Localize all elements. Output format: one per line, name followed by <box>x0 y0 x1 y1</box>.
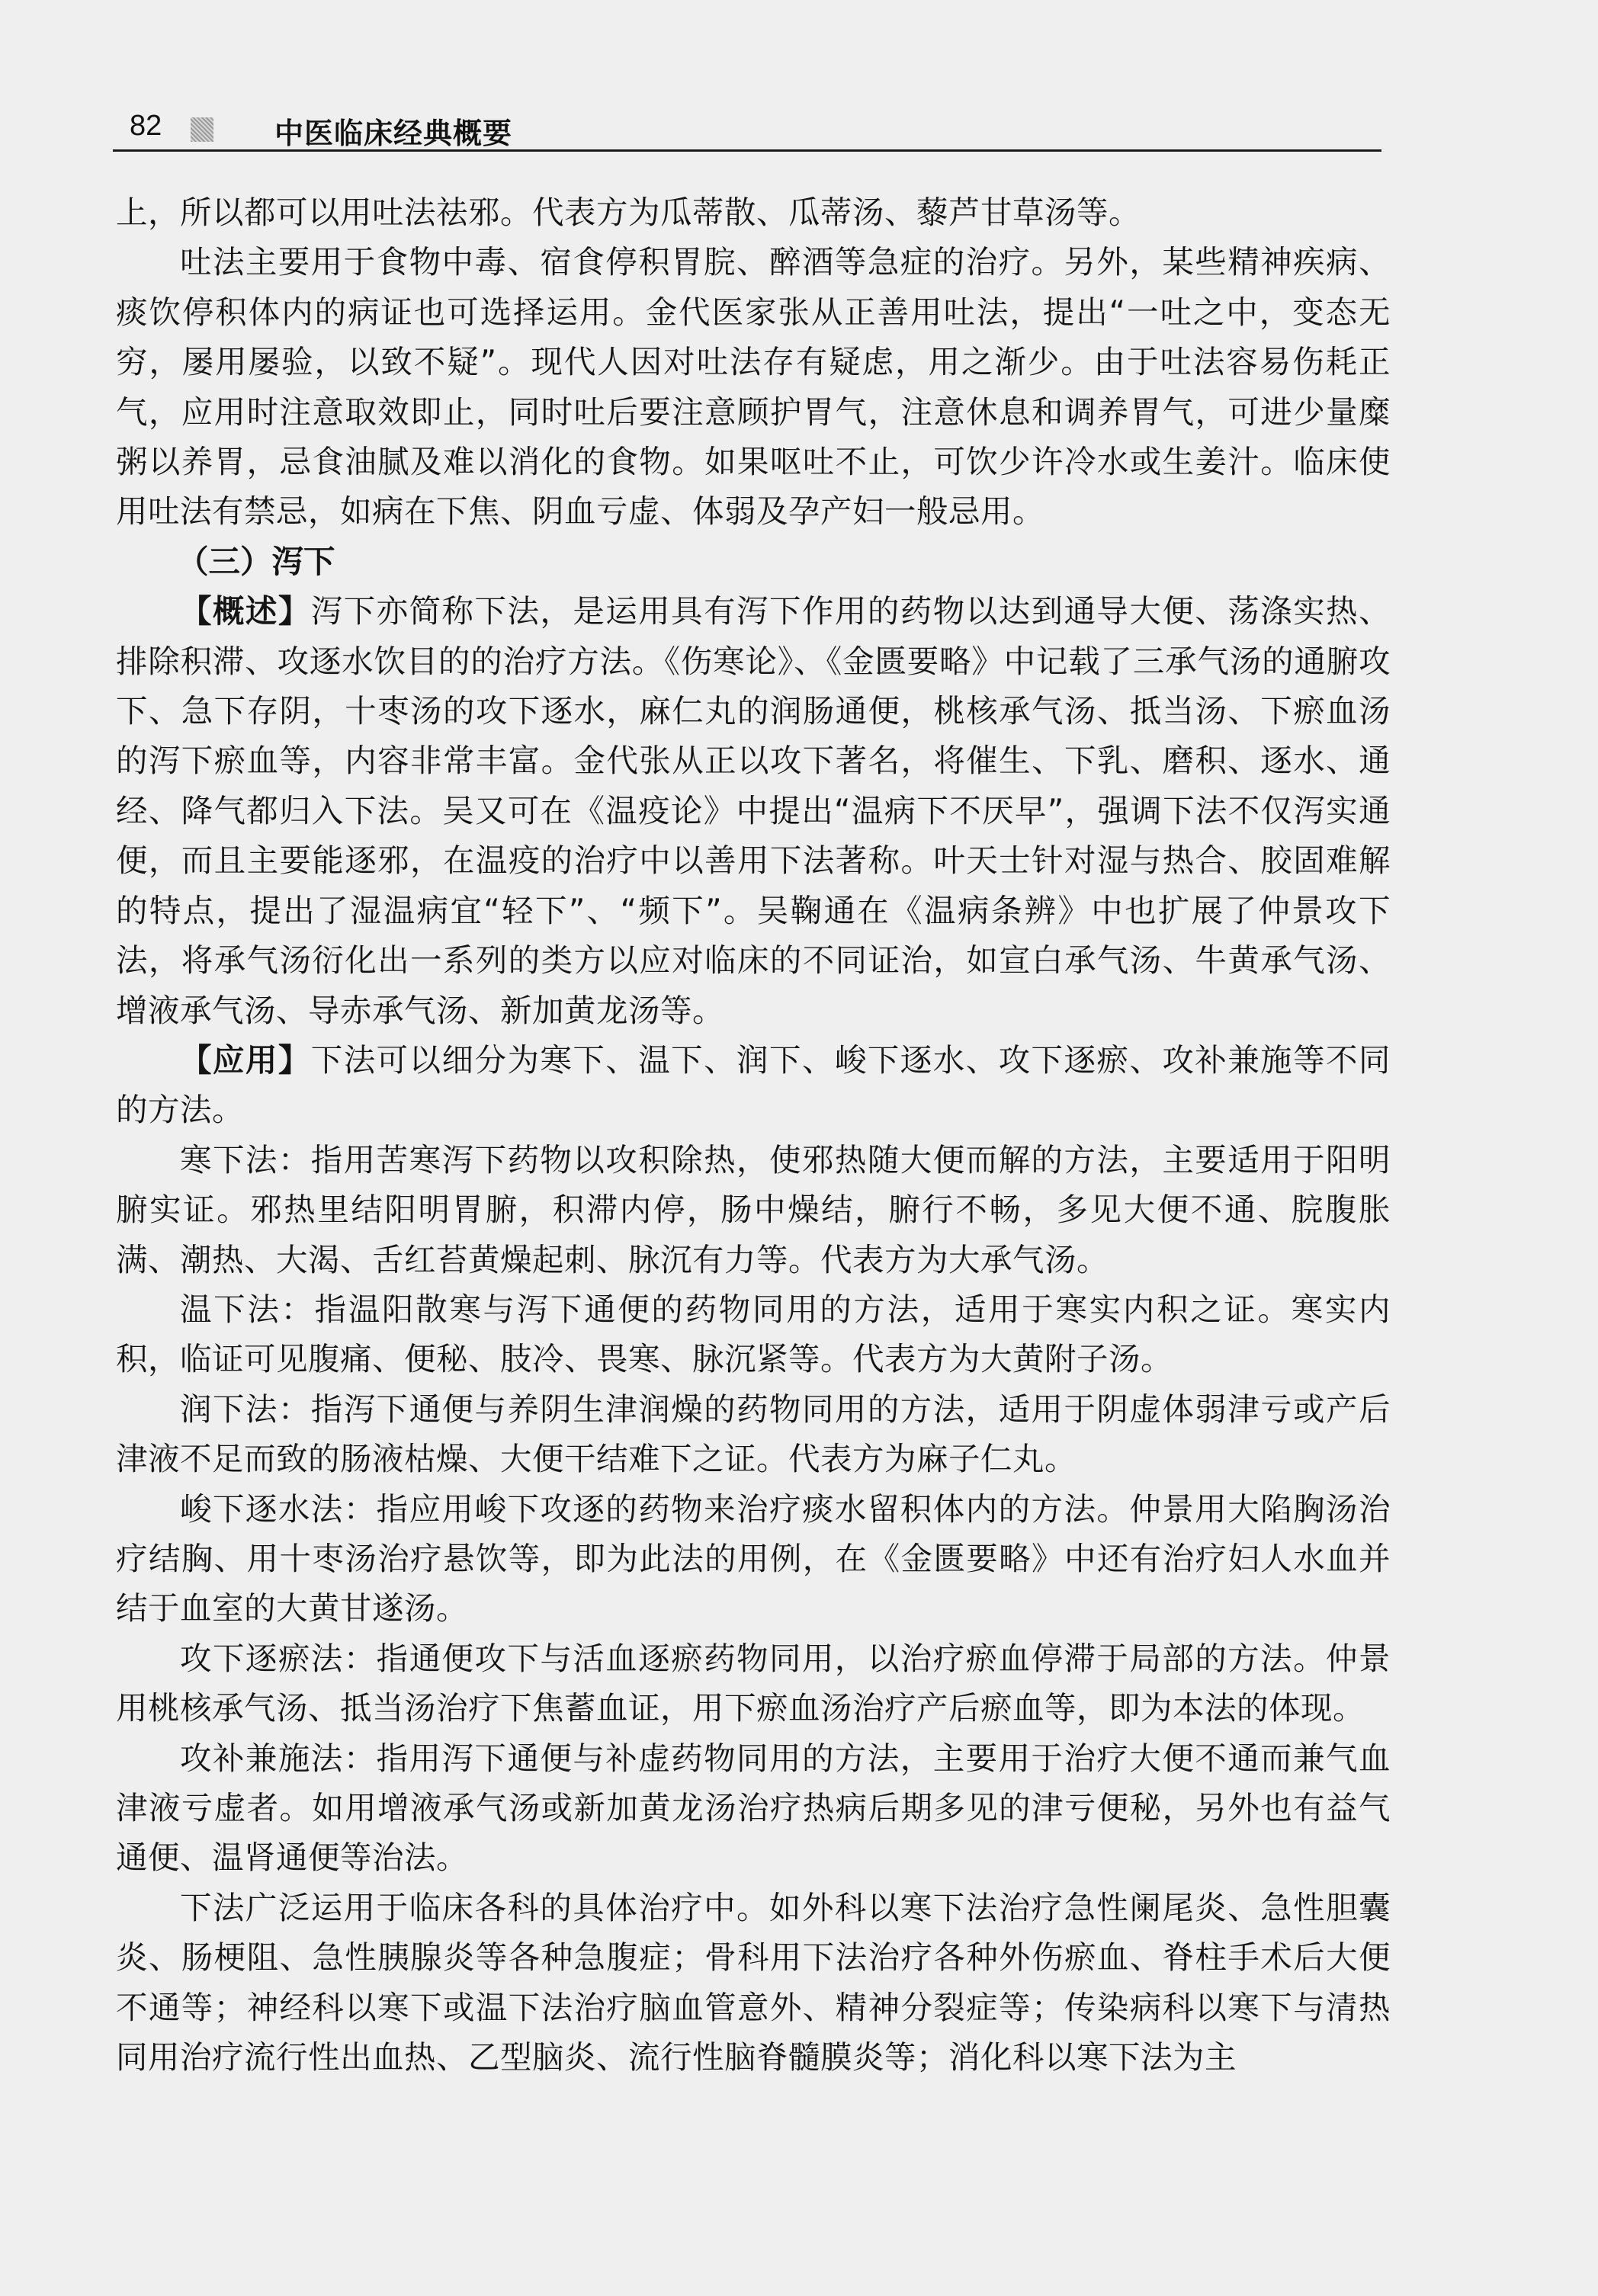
paragraph-warm-purgation: 温下法：指温阳散寒与泻下通便的药物同用的方法，适用于寒实内积之证。寒实内积，临证… <box>116 1284 1391 1384</box>
overview-text: 泻下亦简称下法，是运用具有泻下作用的药物以达到通导大便、荡涤实热、排除积滞、攻逐… <box>116 592 1391 1028</box>
overview-label: 【概述】 <box>180 592 311 630</box>
page-header: 82 中医临床经典概要 <box>113 107 1381 152</box>
paragraph-drastic-water-expulsion: 峻下逐水法：指应用峻下攻逐的药物来治疗痰水留积体内的方法。仲景用大陷胸汤治疗结胸… <box>116 1484 1391 1634</box>
paragraph-continuation: 上，所以都可以用吐法祛邪。代表方为瓜蒂散、瓜蒂汤、藜芦甘草汤等。 <box>116 188 1391 237</box>
page-number: 82 <box>130 110 162 143</box>
book-title: 中医临床经典概要 <box>274 110 512 152</box>
paragraph-attack-tonify: 攻补兼施法：指用泻下通便与补虚药物同用的方法，主要用于治疗大便不通而兼气血津液亏… <box>116 1733 1391 1883</box>
header-marker-icon <box>191 117 213 142</box>
paragraph-cold-purgation: 寒下法：指用苦寒泻下药物以攻积除热，使邪热随大便而解的方法，主要适用于阳明腑实证… <box>116 1135 1391 1284</box>
paragraph-clinical-applications: 下法广泛运用于临床各科的具体治疗中。如外科以寒下法治疗急性阑尾炎、急性胆囊炎、肠… <box>116 1883 1391 2083</box>
section-heading: （三）泻下 <box>116 537 1391 586</box>
paragraph-overview: 【概述】泻下亦简称下法，是运用具有泻下作用的药物以达到通导大便、荡涤实热、排除积… <box>116 586 1391 1035</box>
paragraph-stasis-expulsion: 攻下逐瘀法：指通便攻下与活血逐瘀药物同用，以治疗瘀血停滞于局部的方法。仲景用桃核… <box>116 1634 1391 1733</box>
paragraph-moist-purgation: 润下法：指泻下通便与养阴生津润燥的药物同用的方法，适用于阴虚体弱津亏或产后津液不… <box>116 1384 1391 1484</box>
application-label: 【应用】 <box>180 1041 311 1079</box>
paragraph-application: 【应用】下法可以细分为寒下、温下、润下、峻下逐水、攻下逐瘀、攻补兼施等不同的方法… <box>116 1035 1391 1135</box>
page-body: 上，所以都可以用吐法祛邪。代表方为瓜蒂散、瓜蒂汤、藜芦甘草汤等。 吐法主要用于食… <box>116 188 1391 2082</box>
paragraph-emesis-usage: 吐法主要用于食物中毒、宿食停积胃脘、醉酒等急症的治疗。另外，某些精神疾病、痰饮停… <box>116 237 1391 536</box>
